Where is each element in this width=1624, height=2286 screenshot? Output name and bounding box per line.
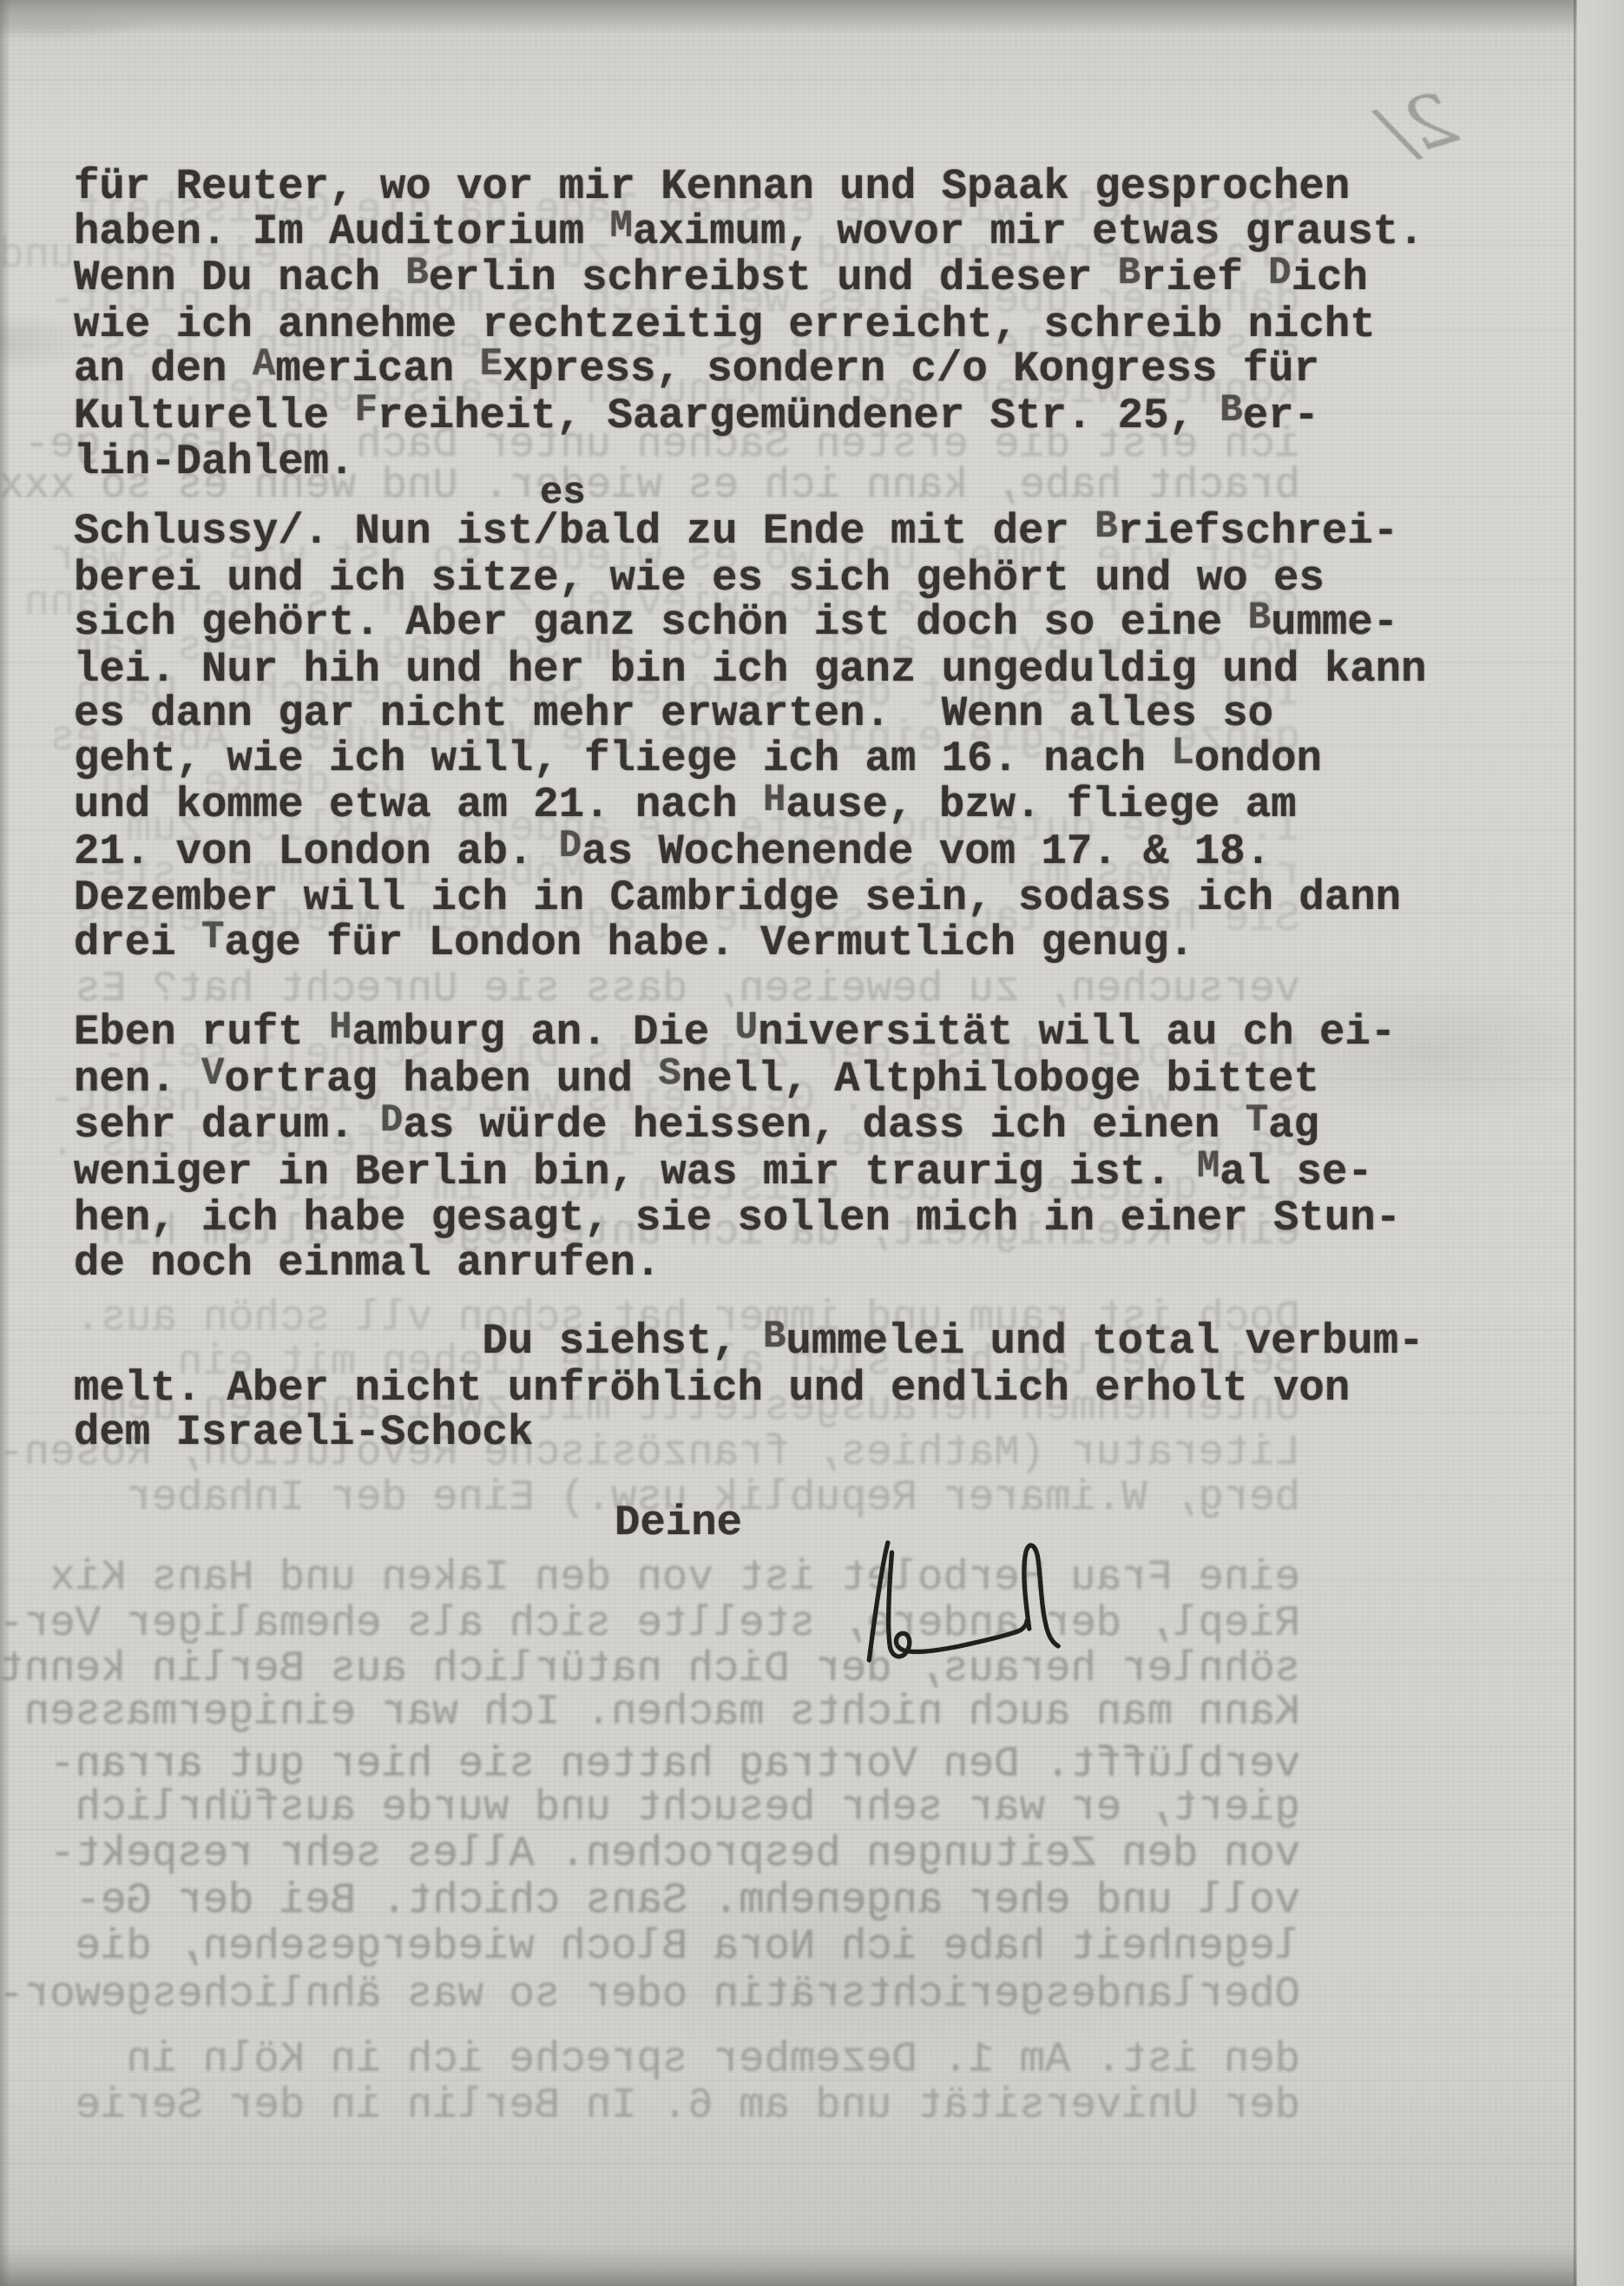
- bleedthrough-line: von den Zeitungen besprochen. Alles sehr…: [26, 1832, 1300, 1877]
- raised-capital: A: [253, 343, 275, 386]
- typed-insertion-es: es: [540, 474, 586, 512]
- paragraph: Du siehst, Bummelei und total verbum-mel…: [74, 1320, 1424, 1456]
- typed-line: Wenn Du nach Berlin schreibst und dieser…: [74, 256, 1424, 303]
- typed-line: lei. Nur hih und her bin ich ganz ungedu…: [74, 648, 1426, 693]
- bleedthrough-line: versuchen, zu beweisen, dass sie Unrecht…: [26, 967, 1300, 1012]
- typed-line: drei Tage für London habe. Vermutlich ge…: [74, 921, 1426, 968]
- raised-capital: B: [405, 252, 428, 295]
- typed-line: berei und ich sitze, wie es sich gehört …: [74, 557, 1426, 602]
- paragraph: für Reuter, wo vor mir Kennan und Spaak …: [74, 165, 1424, 485]
- raised-capital: L: [1171, 732, 1193, 775]
- raised-capital: B: [1248, 596, 1271, 640]
- bleedthrough-line: voll und eher angenehm. Sans chicht. Bei…: [26, 1879, 1300, 1924]
- bleedthrough-line: legenheit habe ich Nora Bloch wiedergese…: [26, 1925, 1300, 1970]
- raised-capital: M: [610, 205, 633, 248]
- raised-capital: H: [329, 1006, 352, 1050]
- typed-line: Schlussy/. Nun ist/bald zu Ende mit der …: [74, 510, 1426, 557]
- typed-line: an den American Express, sondern c/o Kon…: [74, 347, 1424, 394]
- typed-line: haben. Im Auditorium Maximum, wovor mir …: [74, 210, 1424, 257]
- photo-edge-bottom: [0, 2246, 1624, 2286]
- paragraph: Eben ruft Hamburg an. Die Universität wi…: [74, 1011, 1401, 1286]
- raised-capital: E: [480, 343, 503, 386]
- raised-capital: B: [763, 1315, 786, 1359]
- raised-capital: T: [201, 916, 224, 959]
- closing-deine: Deine: [615, 1501, 742, 1546]
- raised-capital: B: [1095, 505, 1117, 549]
- raised-capital: D: [559, 825, 582, 868]
- typed-line: wie ich annehme rechtzeitig erreicht, sc…: [74, 303, 1424, 348]
- raised-capital: M: [1197, 1145, 1220, 1189]
- typed-line: es dann gar nicht mehr erwarten. Wenn al…: [74, 692, 1426, 737]
- paper-sheet: so schnell wie die ersten Tage da die Ge…: [0, 0, 1624, 2286]
- signature-scrawl: [842, 1516, 1102, 1672]
- typed-line: dem Israeli-Schock: [74, 1411, 1424, 1456]
- typed-line: sehr darum. Das würde heissen, dass ich …: [74, 1103, 1401, 1150]
- bleedthrough-line: Riepl, der andere, stellte sich als ehem…: [26, 1602, 1300, 1647]
- photographed-letter-page: { "meta": { "description": "Photograph o…: [0, 0, 1624, 2286]
- bleedthrough-line: söhnler heraus, der Dich natürlich aus B…: [26, 1647, 1300, 1692]
- bleedthrough-line: Kann man auch nichts machen. Ich war ein…: [26, 1690, 1300, 1736]
- bleedthrough-line: eine Frau Herbolet ist von den Iaken und…: [26, 1556, 1300, 1601]
- paragraph: Schlussy/. Nun ist/bald zu Ende mit der …: [74, 510, 1426, 967]
- typed-line: für Reuter, wo vor mir Kennan und Spaak …: [74, 165, 1424, 210]
- bleedthrough-line: den ist. Am 1. Dezember spreche ich in K…: [26, 2038, 1300, 2083]
- photo-edge-left: [0, 0, 10, 2286]
- page-number-mark: 2/: [1372, 75, 1465, 177]
- bleedthrough-line: giert, er war sehr besucht und wurde aus…: [26, 1786, 1300, 1831]
- typed-line: weniger in Berlin bin, was mir traurig i…: [74, 1150, 1401, 1197]
- typed-line: Eben ruft Hamburg an. Die Universität wi…: [74, 1011, 1401, 1057]
- typed-line: sich gehört. Aber ganz schön ist doch so…: [74, 601, 1426, 648]
- bleedthrough-line: der Universität und am 6. In Berlin in d…: [26, 2084, 1300, 2129]
- raised-capital: D: [1268, 252, 1291, 295]
- typed-line: de noch einmal anrufen.: [74, 1242, 1401, 1287]
- raised-capital: S: [658, 1052, 681, 1096]
- typed-line: 21. von London ab. Das Wochenende vom 17…: [74, 830, 1426, 877]
- typed-line: hen, ich habe gesagt, sie sollen mich in…: [74, 1196, 1401, 1242]
- photo-edge-top: [0, 0, 1624, 35]
- typed-line: und komme etwa am 21. nach Hause, bzw. f…: [74, 783, 1426, 830]
- bleedthrough-line: Oberlandesgerichtsrätin oder so was ähnl…: [26, 1973, 1300, 2018]
- raised-capital: D: [380, 1099, 403, 1143]
- typed-line: Du siehst, Bummelei und total verbum-: [74, 1320, 1424, 1367]
- typed-line: Kulturelle Freiheit, Saargemündener Str.…: [74, 394, 1424, 441]
- typed-line: lin-Dahlem.: [74, 440, 1424, 485]
- typed-line: Dezember will ich in Cambridge sein, sod…: [74, 876, 1426, 921]
- raised-capital: T: [1246, 1099, 1268, 1143]
- raised-capital: U: [735, 1006, 758, 1050]
- typed-line: geht, wie ich will, fliege ich am 16. na…: [74, 737, 1426, 784]
- paper-edge-right: [1574, 0, 1624, 2286]
- raised-capital: F: [354, 389, 377, 432]
- raised-capital: H: [763, 779, 786, 822]
- raised-capital: B: [1118, 252, 1141, 295]
- bleedthrough-line: verblüfft. Den Vortrag hatten sie hier g…: [26, 1742, 1300, 1788]
- raised-capital: V: [201, 1052, 224, 1096]
- typed-line: nen. Vortrag haben und Snell, Altphilobo…: [74, 1057, 1401, 1104]
- raised-capital: B: [1220, 389, 1242, 432]
- typed-line: melt. Aber nicht unfröhlich und endlich …: [74, 1367, 1424, 1412]
